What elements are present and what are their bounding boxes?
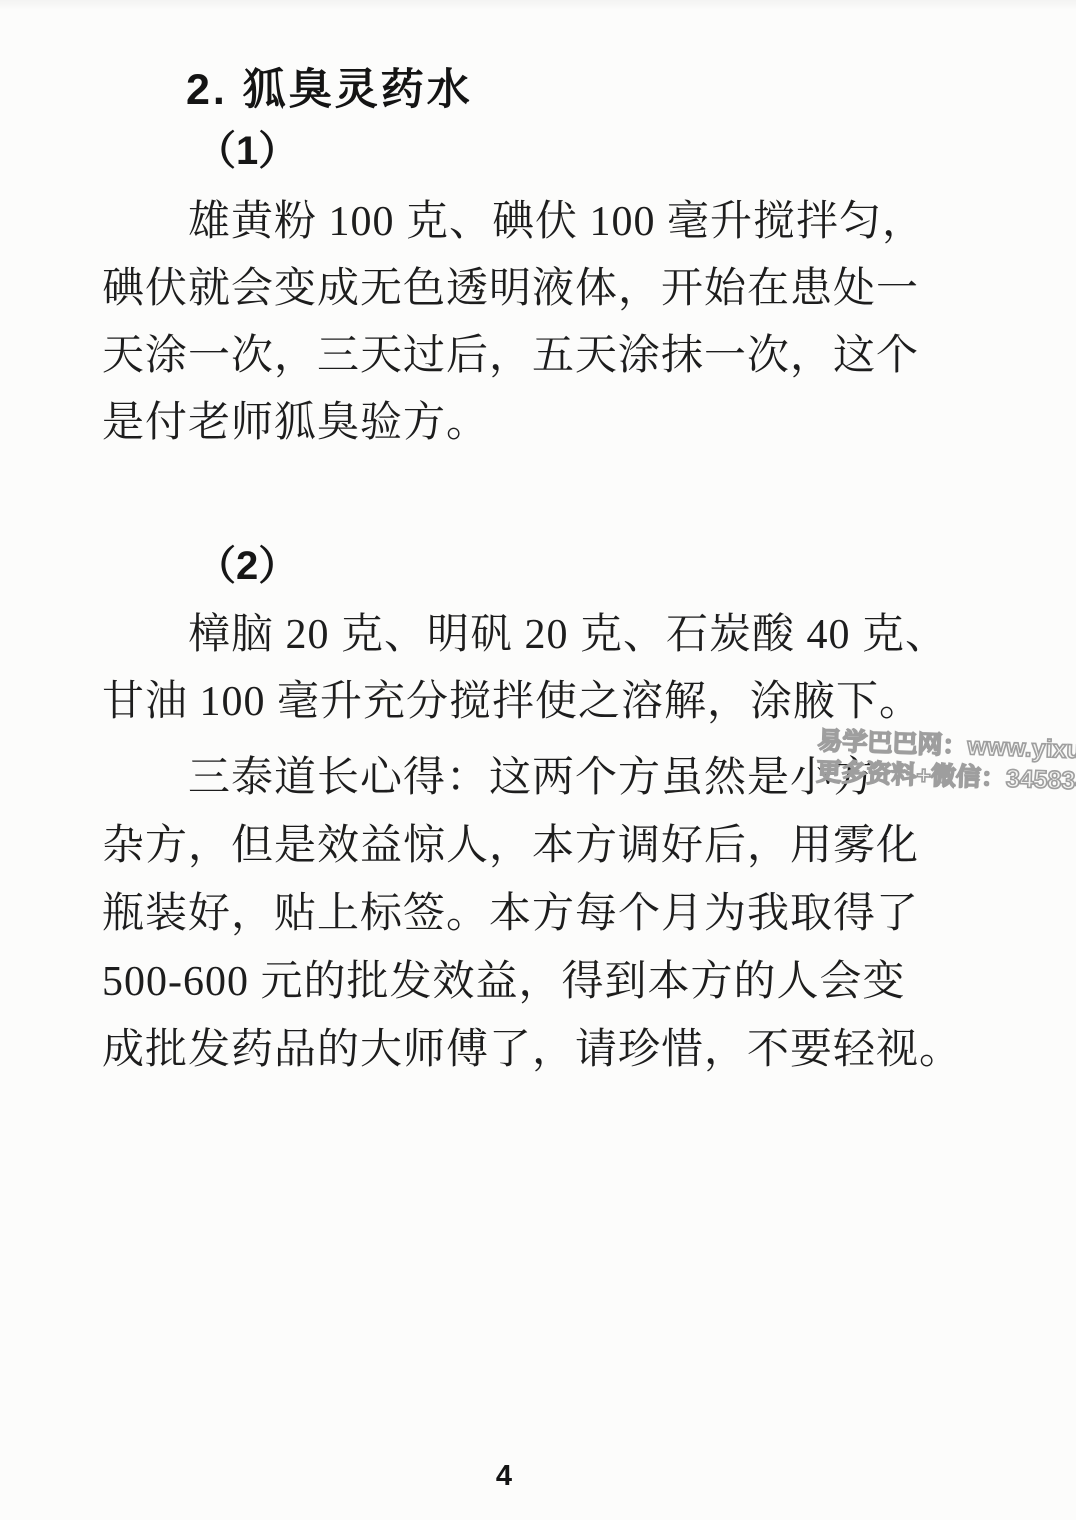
subsection-2-label: （2） — [196, 534, 298, 591]
paragraph-3-line-1: 三泰道长心得：这两个方虽然是小方 — [102, 744, 928, 812]
paragraph-2: 樟脑 20 克、明矾 20 克、石炭酸 40 克、 甘油 100 毫升充分搅拌使… — [102, 602, 928, 736]
paragraph-2-line-2: 甘油 100 毫升充分搅拌使之溶解，涂腋下。 — [102, 669, 928, 736]
paragraph-3-line-5: 成批发药品的大师傅了，请珍惜，不要轻视。 — [102, 1016, 928, 1084]
paragraph-1-line-1: 雄黄粉 100 克、碘伏 100 毫升搅拌匀， — [102, 189, 928, 256]
paragraph-1-line-2: 碘伏就会变成无色透明液体，开始在患处一 — [102, 256, 928, 323]
paragraph-3-line-3: 瓶装好，贴上标签。本方每个月为我取得了 — [102, 880, 928, 948]
paragraph-3-line-2: 杂方，但是效益惊人，本方调好后，用雾化 — [102, 812, 928, 880]
paragraph-3: 三泰道长心得：这两个方虽然是小方 杂方，但是效益惊人，本方调好后，用雾化 瓶装好… — [102, 744, 928, 1084]
paragraph-1-line-3: 天涂一次，三天过后，五天涂抹一次，这个 — [102, 323, 928, 390]
subsection-1-label: （1） — [196, 119, 298, 176]
section-title: 2. 狐臭灵药水 — [186, 56, 473, 117]
paragraph-1-line-4: 是付老师狐臭验方。 — [102, 390, 928, 457]
scanned-document-page: 2. 狐臭灵药水 （1） 雄黄粉 100 克、碘伏 100 毫升搅拌匀， 碘伏就… — [0, 0, 1076, 1520]
paragraph-2-line-1: 樟脑 20 克、明矾 20 克、石炭酸 40 克、 — [102, 602, 928, 669]
paragraph-1: 雄黄粉 100 克、碘伏 100 毫升搅拌匀， 碘伏就会变成无色透明液体，开始在… — [102, 189, 928, 457]
paragraph-3-line-4: 500-600 元的批发效益，得到本方的人会变 — [102, 948, 928, 1016]
page-number: 4 — [0, 1460, 1008, 1493]
